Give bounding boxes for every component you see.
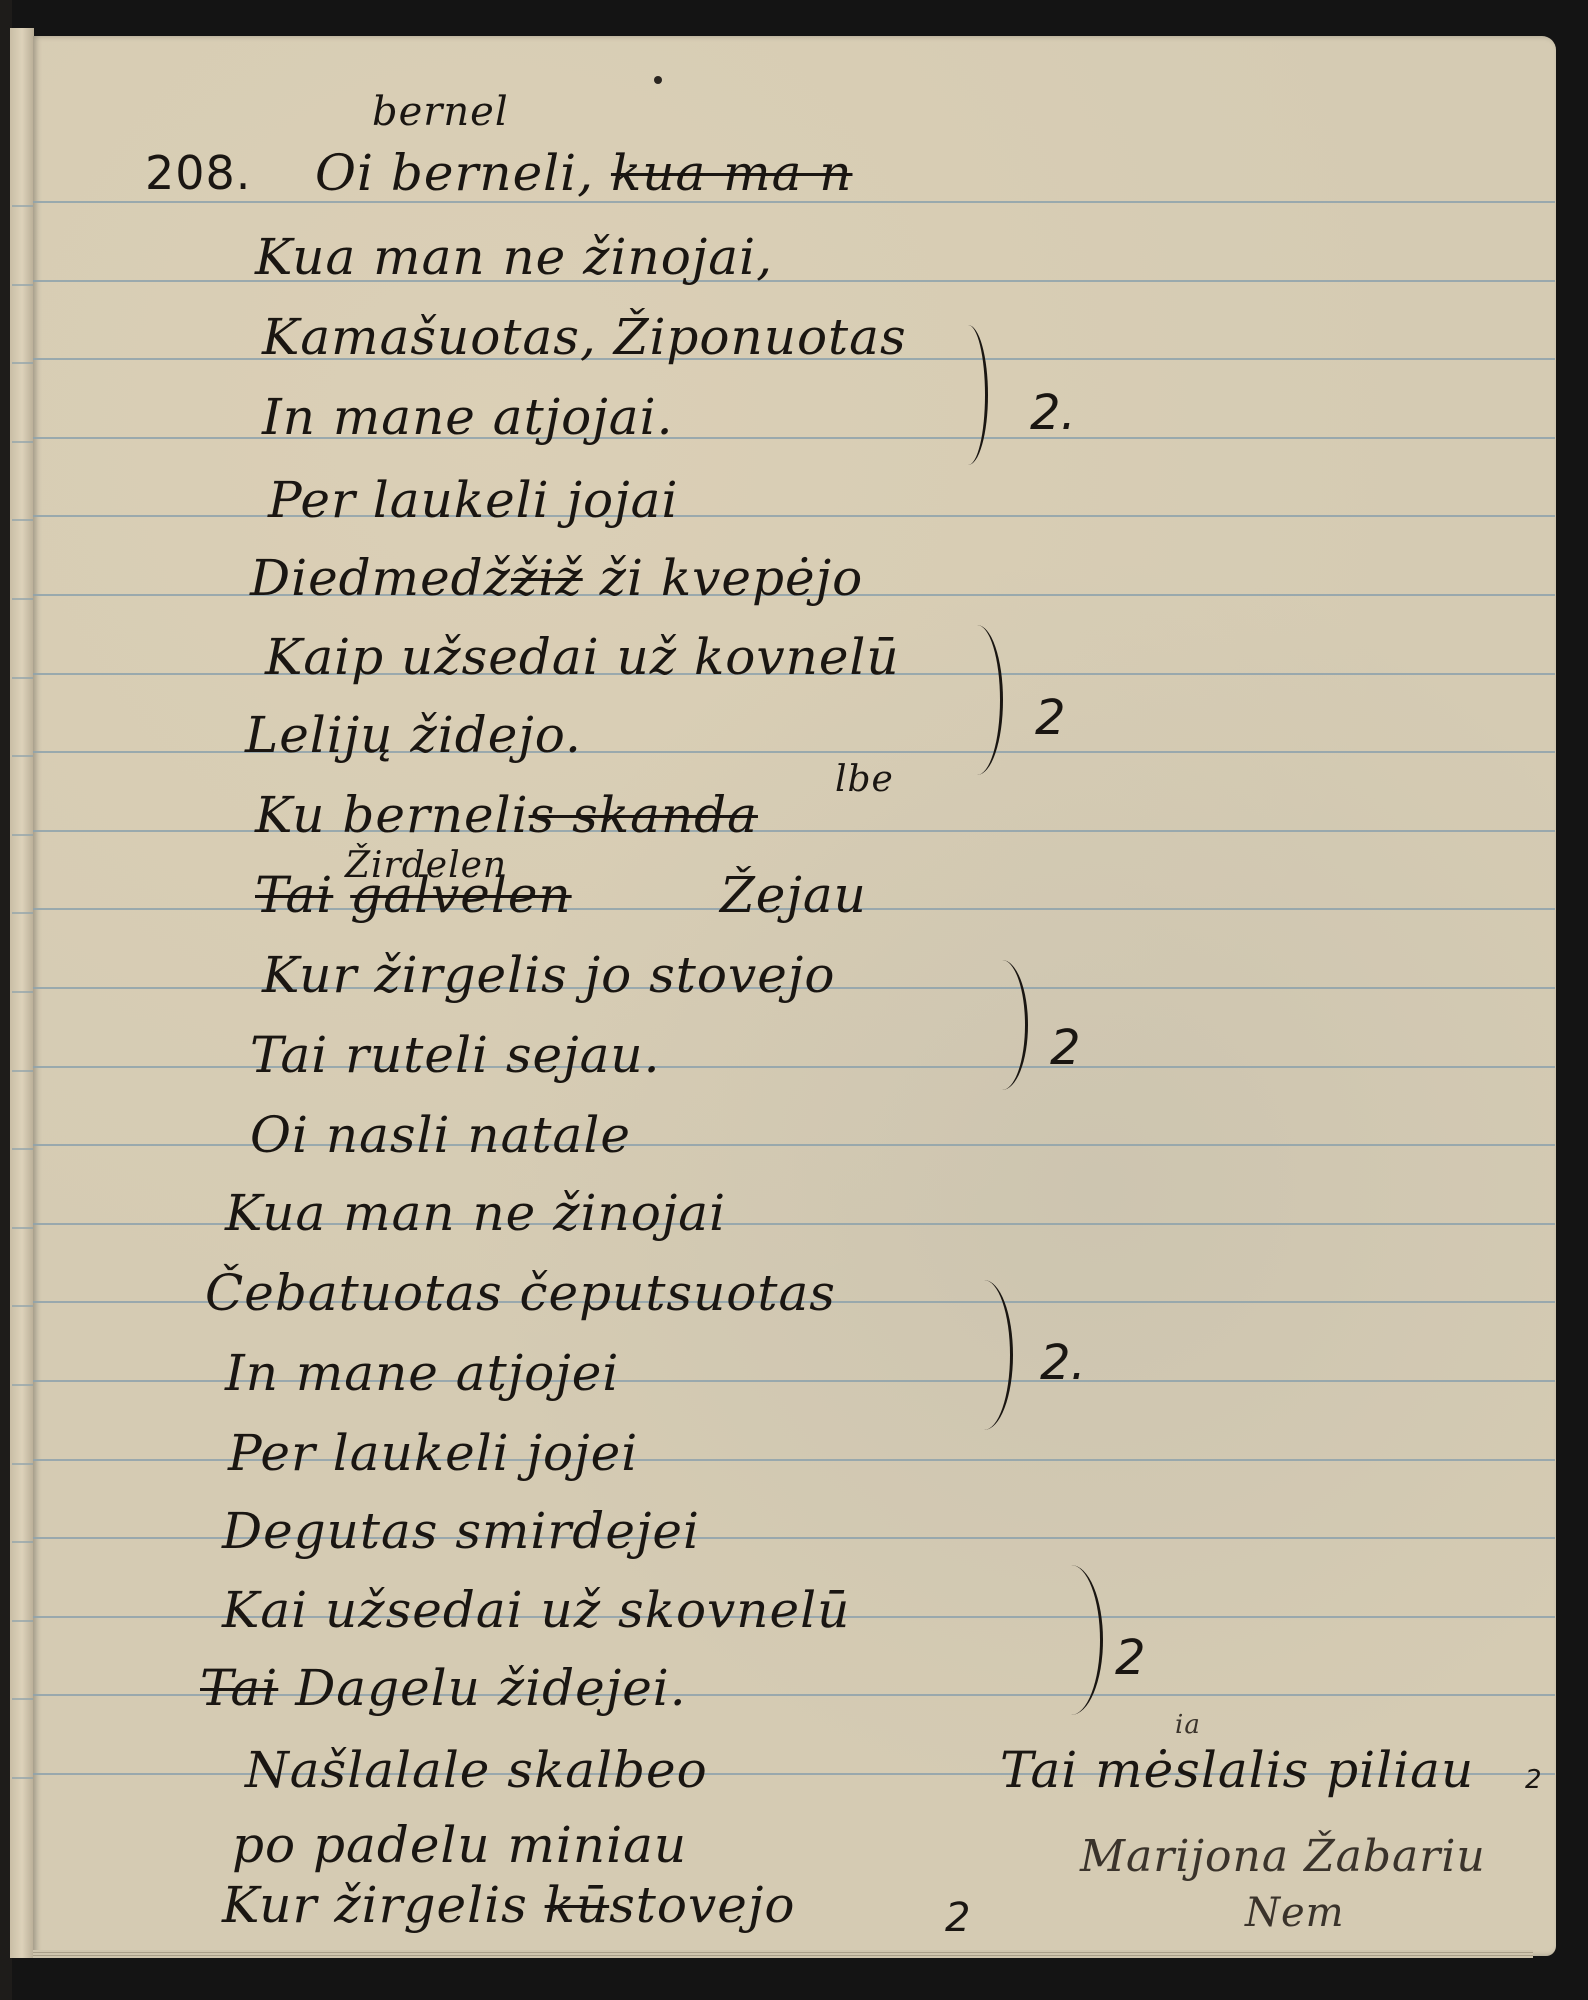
line-text: stovejo [609, 1876, 795, 1934]
margin-ruled-line [12, 1620, 33, 1622]
line-text: Oi berneli, [315, 144, 594, 202]
right-line-2: Marijona Žabariu [1080, 1835, 1486, 1879]
line-21: Našlalale skalbeo [245, 1745, 708, 1795]
margin-ruled-line [12, 519, 33, 521]
interlinear-correction: bernel [372, 92, 509, 132]
line-2: Kua man ne žinojai, [255, 232, 773, 282]
margin-ruled-line [12, 991, 33, 993]
margin-ruled-line [12, 441, 33, 443]
line-3: Kamašuotas, Žiponuotas [262, 312, 907, 362]
line-7: Kaip užsedai už kovnelū [265, 632, 900, 682]
repeat-marker: 2 [1525, 1765, 1542, 1795]
line-15: Čebatuotas čeputsuotas [205, 1268, 836, 1318]
repeat-marker: 2 [1050, 1020, 1081, 1076]
margin-ruled-line [12, 677, 33, 679]
repeat-marker: 2. [1040, 1335, 1086, 1391]
line-22: po padelu miniau [232, 1820, 687, 1870]
line-19: Kai užsedai už skovnelū [222, 1585, 850, 1635]
previous-page-edge [10, 28, 34, 1958]
struck-text: kū [545, 1876, 610, 1934]
line-text: Kur žirgelis [222, 1876, 528, 1934]
line-9: Ku bernelis skanda [255, 790, 758, 840]
right-line-1: Tai mėslalis piliau [1000, 1745, 1474, 1795]
page-stack-edge [33, 1950, 1533, 1958]
margin-ruled-line [12, 362, 33, 364]
struck-text: Tai [200, 1659, 278, 1717]
margin-ruled-line [12, 1463, 33, 1465]
margin-ruled-line [12, 1305, 33, 1307]
margin-ruled-line [12, 598, 33, 600]
margin-ruled-line [12, 284, 33, 286]
ruled-line [33, 515, 1555, 517]
song-number: 208. [145, 150, 251, 196]
margin-ruled-line [12, 1148, 33, 1150]
line-12: Tai ruteli sejau. [250, 1030, 660, 1080]
margin-ruled-line [12, 1777, 33, 1779]
margin-ruled-line [12, 1541, 33, 1543]
margin-ruled-line [12, 912, 33, 914]
line-14: Kua man ne žinojai [225, 1188, 726, 1238]
struck-text: s skanda [529, 786, 758, 844]
margin-ruled-line [12, 205, 33, 207]
struck-text: Tai [255, 866, 333, 924]
margin-ruled-line [12, 1384, 33, 1386]
repeat-marker: 2 [1115, 1630, 1146, 1686]
struck-text: kua ma n [611, 144, 853, 202]
line-text: ži kvepėjo [600, 549, 864, 607]
line-text: Ku berneli [255, 786, 529, 844]
right-line-3: Nem [1245, 1893, 1345, 1933]
line-text: Diedmedž [250, 549, 511, 607]
interlinear-correction: ia [1175, 1712, 1201, 1738]
line-23: Kur žirgelis kūstovejo [222, 1880, 795, 1930]
line-11: Kur žirgelis jo stovejo [262, 950, 835, 1000]
struck-text: galvelen [350, 866, 571, 924]
interlinear-correction: lbe [835, 762, 894, 798]
line-10: Tai galvelen [255, 870, 605, 920]
repeat-marker: 2 [945, 1895, 970, 1941]
line-text [589, 866, 606, 924]
line-17: Per laukeli jojei [228, 1428, 638, 1478]
line-8: Lelijų židejo. [245, 710, 582, 760]
margin-ruled-line [12, 755, 33, 757]
struck-text: žiž [511, 549, 583, 607]
repeat-marker: 2. [1030, 385, 1076, 441]
margin-ruled-line [12, 834, 33, 836]
repeat-marker: 2 [1035, 690, 1066, 746]
line-18: Degutas smirdejei [222, 1506, 700, 1556]
line-16: In mane atjojei [225, 1348, 619, 1398]
margin-ruled-line [12, 1070, 33, 1072]
line-5: Per laukeli jojai [268, 475, 678, 525]
line-text: Dagelu židejei. [295, 1659, 687, 1717]
line-10-end: Žejau [720, 870, 867, 920]
ink-dot [654, 76, 662, 84]
margin-ruled-line [12, 1698, 33, 1700]
line-6: Diedmedžžiž ži kvepėjo [250, 553, 863, 603]
line-4: In mane atjojai. [262, 392, 673, 442]
margin-ruled-line [12, 1227, 33, 1229]
line-13: Oi nasli natale [250, 1110, 631, 1160]
line-1: Oi berneli, kua ma n [315, 148, 852, 198]
line-20: Tai Dagelu židejei. [200, 1663, 687, 1713]
